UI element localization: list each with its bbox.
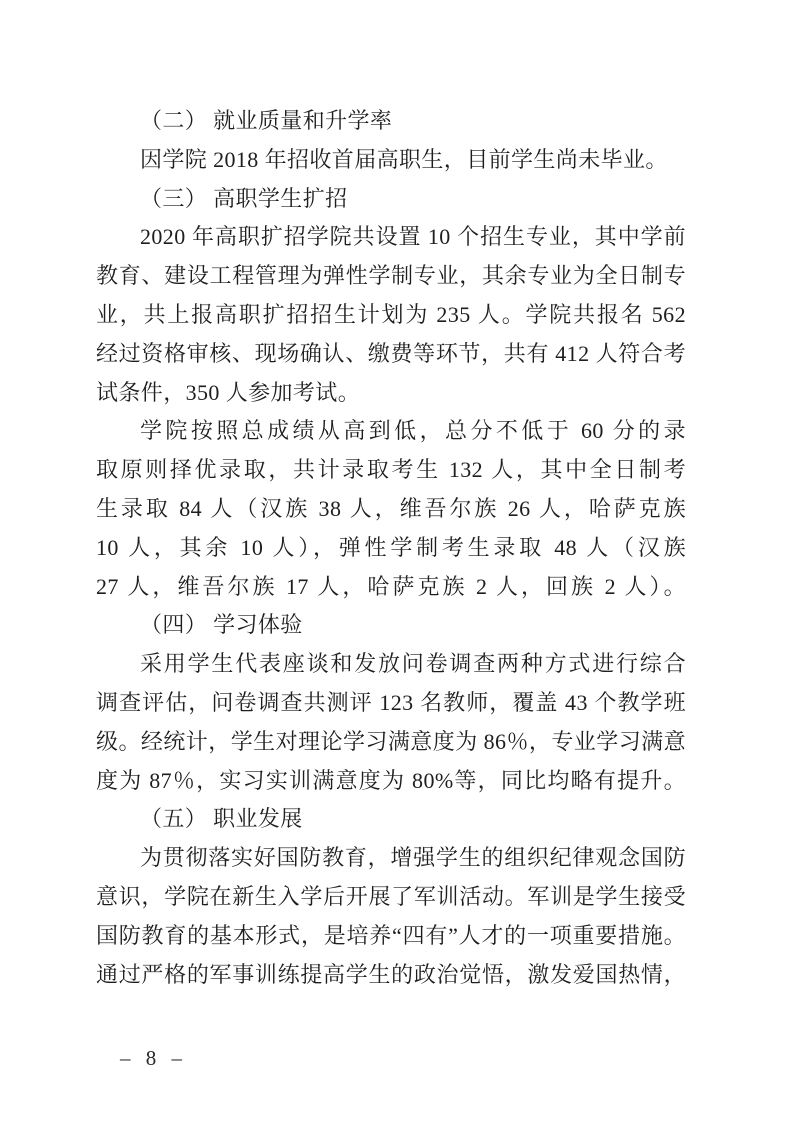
text-line: 级。经统计，学生对理论学习满意度为 86％，专业学习满意 <box>96 723 686 762</box>
text-line: 试条件，350 人参加考试。 <box>96 374 686 413</box>
text-line: 通过严格的军事训练提高学生的政治觉悟，激发爱国热情， <box>96 956 686 995</box>
text-line: 2020 年高职扩招学院共设置 10 个招生专业，其中学前 <box>96 218 686 257</box>
document-body: （二） 就业质量和升学率 因学院 2018 年招收首届高职生，目前学生尚未毕业。… <box>96 102 686 994</box>
text-line: 学院按照总成绩从高到低，总分不低于 60 分的录 <box>96 412 686 451</box>
text-line: 因学院 2018 年招收首届高职生，目前学生尚未毕业。 <box>96 141 686 180</box>
text-line: 调查评估，问卷调查共测评 123 名教师，覆盖 43 个教学班 <box>96 684 686 723</box>
text-line: 国防教育的基本形式，是培养“四有”人才的一项重要措施。 <box>96 917 686 956</box>
text-line: 意识，学院在新生入学后开展了军训活动。军训是学生接受 <box>96 878 686 917</box>
document-page: （二） 就业质量和升学率 因学院 2018 年招收首届高职生，目前学生尚未毕业。… <box>0 0 800 1131</box>
text-line: 生录取 84 人（汉族 38 人，维吾尔族 26 人，哈萨克族 <box>96 490 686 529</box>
footer-page-number: – 8 – <box>120 1046 187 1071</box>
text-line: 10 人，其余 10 人），弹性学制考生录取 48 人（汉族 <box>96 529 686 568</box>
section-heading: （二） 就业质量和升学率 <box>96 102 686 141</box>
text-line: 为贯彻落实好国防教育，增强学生的组织纪律观念国防 <box>96 839 686 878</box>
text-line: 教育、建设工程管理为弹性学制专业，其余专业为全日制专 <box>96 257 686 296</box>
section-heading: （五） 职业发展 <box>96 800 686 839</box>
text-line: 采用学生代表座谈和发放问卷调查两种方式进行综合 <box>96 645 686 684</box>
text-line: 经过资格审核、现场确认、缴费等环节，共有 412 人符合考 <box>96 335 686 374</box>
text-line: 取原则择优录取，共计录取考生 132 人，其中全日制考 <box>96 451 686 490</box>
text-line: 业，共上报高职扩招招生计划为 235 人。学院共报名 562 人， <box>96 296 686 335</box>
section-heading: （四） 学习体验 <box>96 606 686 645</box>
section-heading: （三） 高职学生扩招 <box>96 180 686 219</box>
text-line: 度为 87％，实习实训满意度为 80%等，同比均略有提升。 <box>96 762 686 801</box>
text-line: 27 人，维吾尔族 17 人，哈萨克族 2 人，回族 2 人）。 <box>96 568 686 607</box>
